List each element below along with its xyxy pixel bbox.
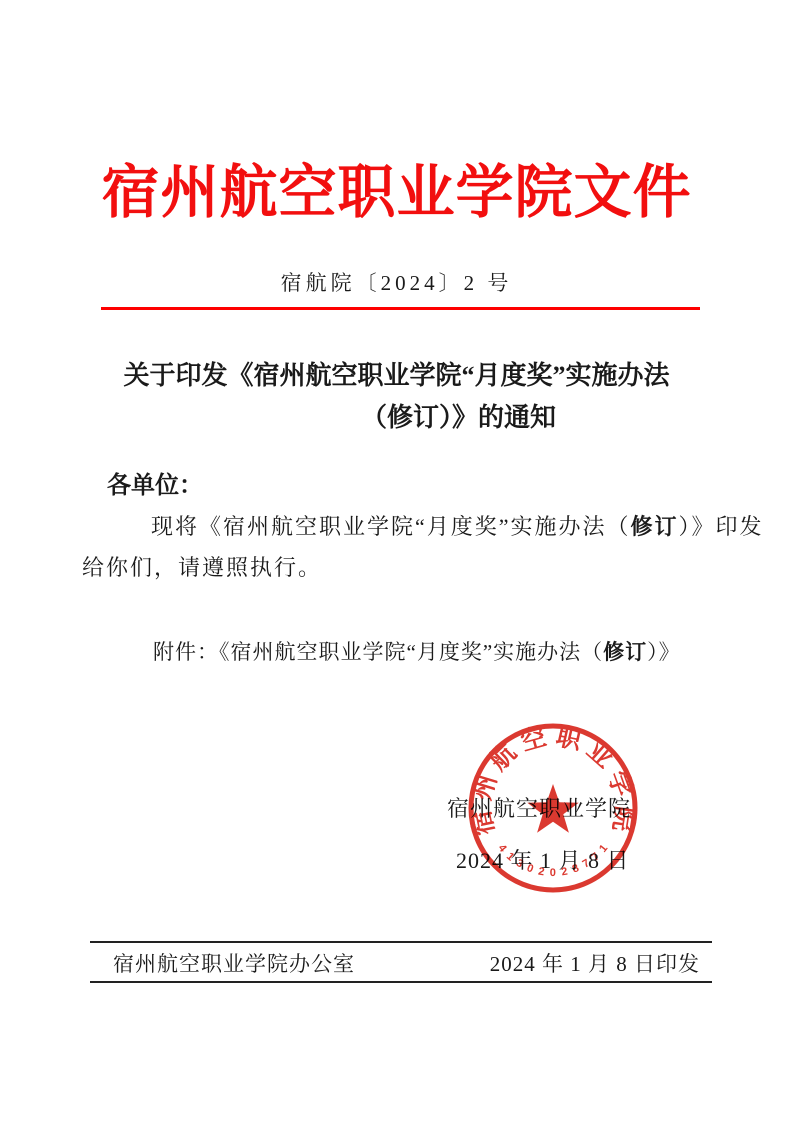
footer-rule-bottom [90, 981, 712, 983]
seal-code-text: 41302028771 [495, 842, 610, 879]
red-separator-line [101, 307, 700, 310]
salutation: 各单位： [107, 465, 203, 500]
attachment-prefix: 附件：《宿州航空职业学院“月度奖”实施办法（ [153, 640, 603, 664]
attachment-bold-term: 修订 [603, 641, 647, 664]
footer-rule-top [90, 941, 712, 943]
attachment-line: 附件：《宿州航空职业学院“月度奖”实施办法（修订）》 [153, 636, 681, 666]
notice-title-line2: （修订）》的通知 [361, 397, 556, 434]
body-line1-prefix: 现将《宿州航空职业学院“月度奖”实施办法（ [151, 514, 631, 539]
footer-print-date: 2024 年 1 月 8 日印发 [490, 948, 700, 978]
agency-banner-title: 宿州航空职业学院文件 [0, 145, 793, 229]
attachment-suffix: ）》 [647, 640, 681, 664]
seal-star-icon [527, 784, 578, 833]
document-number: 宿航院〔2024〕2 号 [0, 267, 793, 297]
official-document-page: 宿州航空职业学院文件 宿航院〔2024〕2 号 关于印发《宿州航空职业学院“月度… [0, 0, 793, 1122]
footer-issuing-office: 宿州航空职业学院办公室 [113, 948, 355, 978]
official-seal: 宿州航空职业学院 41302028771 [464, 719, 642, 897]
body-line1-suffix: ）》印发 [679, 514, 764, 539]
body-paragraph-line2: 给你们，请遵照执行。 [82, 551, 322, 582]
body-line1-bold-term: 修订 [631, 514, 679, 539]
footer-row: 宿州航空职业学院办公室 2024 年 1 月 8 日印发 [90, 948, 712, 978]
notice-title-line1: 关于印发《宿州航空职业学院“月度奖”实施办法 [0, 355, 793, 392]
body-paragraph-line1: 现将《宿州航空职业学院“月度奖”实施办法（修订）》印发 [151, 510, 764, 541]
